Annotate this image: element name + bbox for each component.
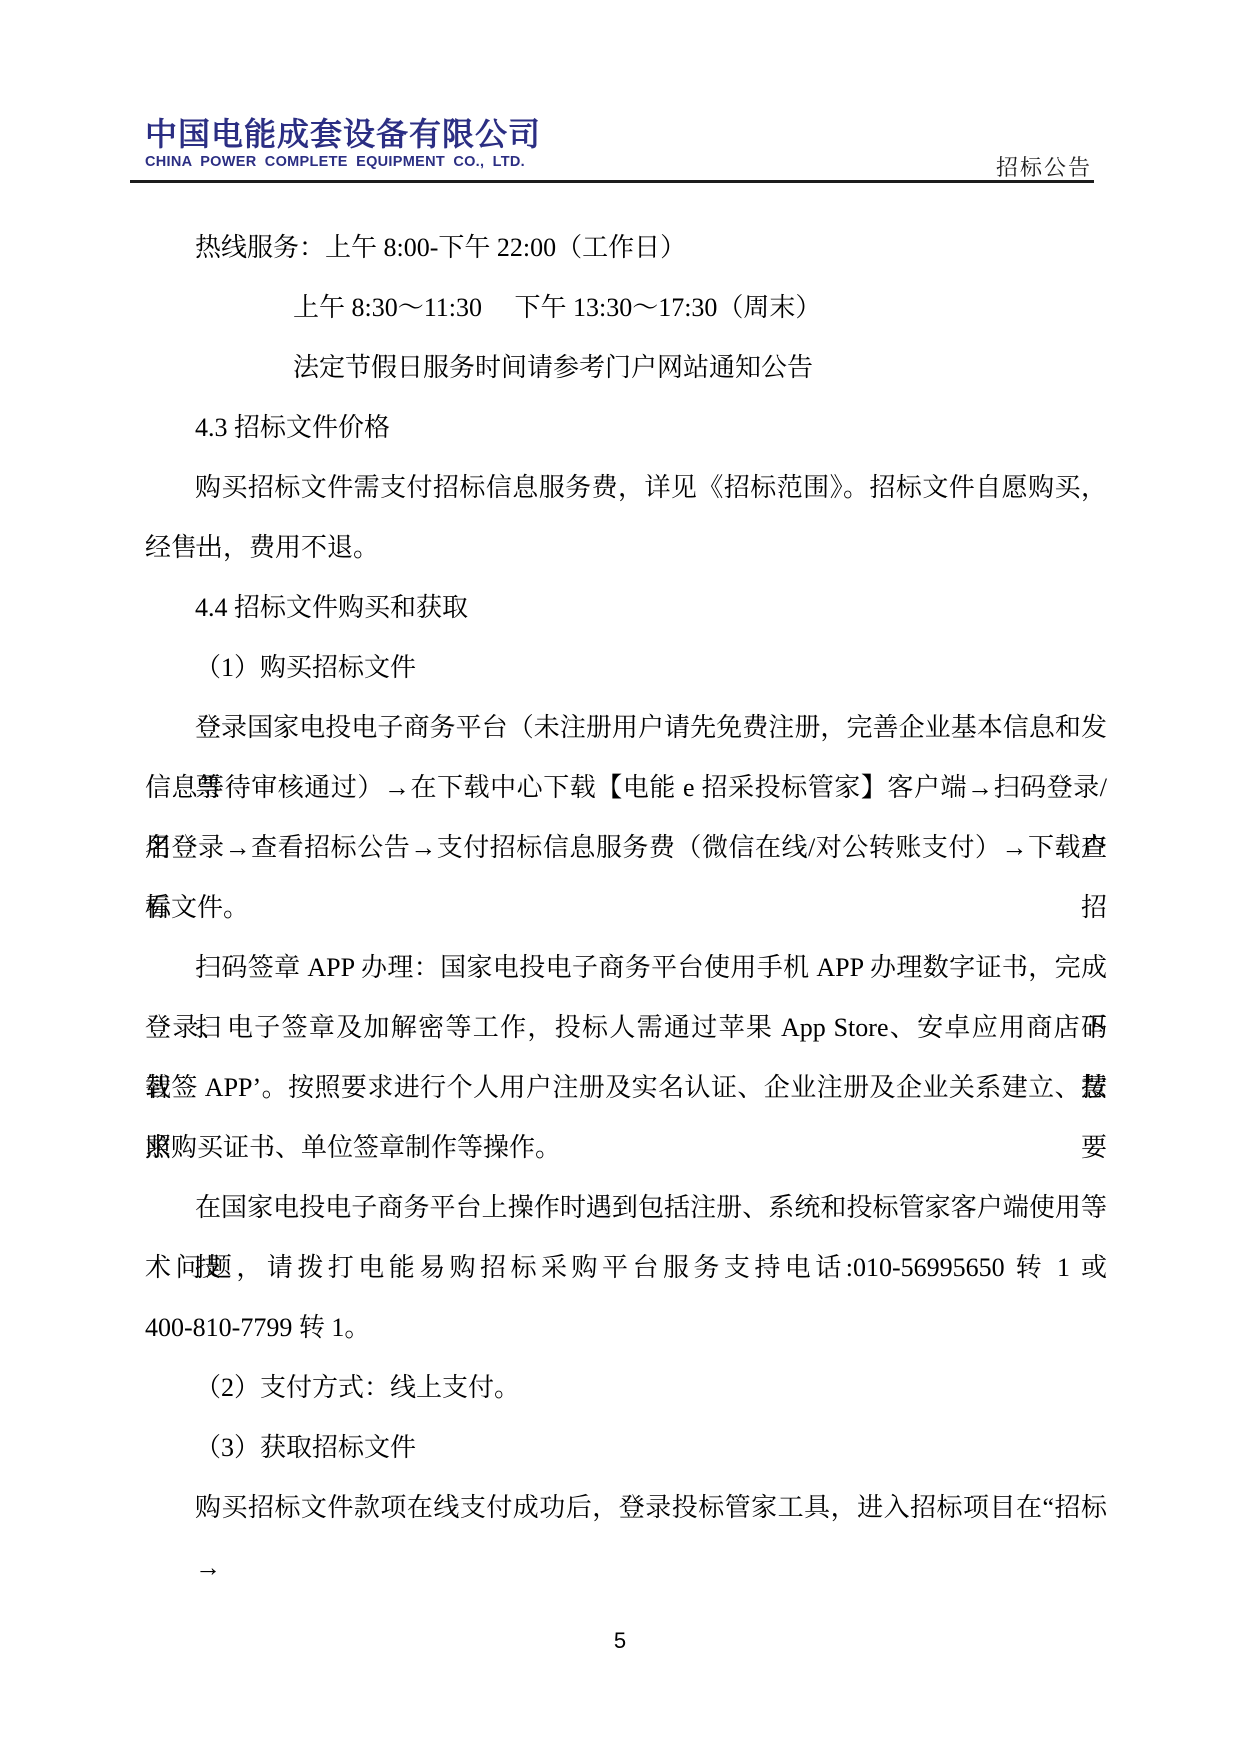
- document-line: 信息等待审核通过）→在下载中心下载【电能 e 招采投标管家】客户端→扫码登录/用…: [145, 758, 1107, 818]
- document-page: 中国电能成套设备有限公司 CHINA POWER COMPLETE EQUIPM…: [0, 0, 1240, 1753]
- document-line: 登录、电子签章及加解密等工作，投标人需通过苹果 App Store、安卓应用商店…: [145, 998, 1107, 1058]
- header-rule-line: [130, 180, 1094, 183]
- document-line: 经售出，费用不退。: [145, 518, 1107, 578]
- document-type-label: 招标公告: [996, 151, 1092, 182]
- document-line: 名登录→查看招标公告→支付招标信息服务费（微信在线/对公转账支付）→下载查看招: [145, 818, 1107, 878]
- document-line-section-4-4: 4.4 招标文件购买和获取: [145, 578, 1107, 638]
- document-line-section-4-3: 4.3 招标文件价格: [145, 398, 1107, 458]
- document-line: 法定节假日服务时间请参考门户网站通知公告: [145, 338, 1107, 398]
- document-line: 智签 APP’。按照要求进行个人用户注册及实名认证、企业注册及企业关系建立、按照…: [145, 1058, 1107, 1118]
- document-line: （1）购买招标文件: [145, 638, 1107, 698]
- document-line: 购买招标文件需支付招标信息服务费，详见《招标范围》。招标文件自愿购买，一: [145, 458, 1107, 518]
- document-line: 购买招标文件款项在线支付成功后，登录投标管家工具，进入招标项目在“招标→: [145, 1478, 1107, 1538]
- document-line-support-phone-2: 400-810-7799 转 1。: [145, 1298, 1107, 1358]
- company-logo: 中国电能成套设备有限公司 CHINA POWER COMPLETE EQUIPM…: [145, 118, 541, 170]
- company-logo-chinese: 中国电能成套设备有限公司: [145, 118, 541, 150]
- document-line: 热线服务：上午 8:00-下午 22:00（工作日）: [145, 218, 1107, 278]
- document-line: 扫码签章 APP 办理：国家电投电子商务平台使用手机 APP 办理数字证书，完成…: [145, 938, 1107, 998]
- page-number: 5: [0, 1628, 1240, 1654]
- document-line: 在国家电投电子商务平台上操作时遇到包括注册、系统和投标管家客户端使用等技: [145, 1178, 1107, 1238]
- company-logo-english: CHINA POWER COMPLETE EQUIPMENT CO., LTD.: [145, 155, 541, 170]
- document-line: （3）获取招标文件: [145, 1418, 1107, 1478]
- document-body: 热线服务：上午 8:00-下午 22:00（工作日） 上午 8:30～11:30…: [145, 218, 1107, 1538]
- document-line: 上午 8:30～11:30 下午 13:30～17:30（周末）: [145, 278, 1107, 338]
- document-line: 登录国家电投电子商务平台（未注册用户请先免费注册，完善企业基本信息和发票: [145, 698, 1107, 758]
- document-line: （2）支付方式：线上支付。: [145, 1358, 1107, 1418]
- document-line-support-phone: 术问题，请拨打电能易购招标采购平台服务支持电话:010-56995650 转 1…: [145, 1238, 1107, 1298]
